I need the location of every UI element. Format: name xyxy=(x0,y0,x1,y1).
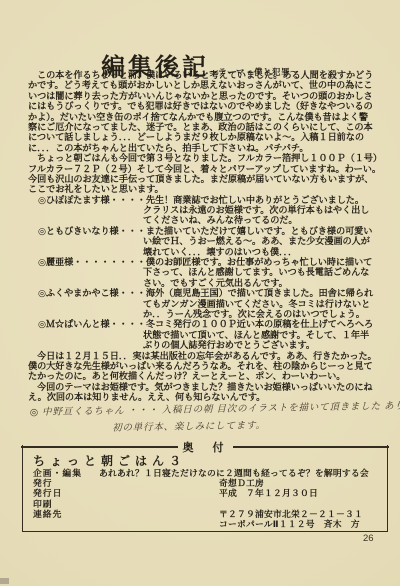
text-line: クラリスは永遠のお姫様です。次の単行本もはやく出し xyxy=(28,205,378,215)
text-line: てもガンガン漫画描いてください。冬コミは行けないと xyxy=(28,299,378,309)
text-line: 今日は１２月１５日．．実は某出版社の忘年会があるんです。ああ、行きたかった。 xyxy=(28,351,378,361)
text-line: ここでお礼をしたいと思います。 xyxy=(28,184,378,194)
text-line: ◎麗亜様・・・・・・・・僕のお師匠様です。お仕事がめっちゃ忙しい時に描いて xyxy=(28,257,378,267)
text-line: について話しましょう．．．どーしようまだ９枚しか原稿ないよ～。入稿１日前なの xyxy=(28,132,378,142)
page-number: 26 xyxy=(363,533,374,544)
text-line: この本を作るちょっと前、僕はいろいろと考えていました。ある人間を殺すかどう xyxy=(28,70,378,80)
text-line: たかったのに。あと何枚描くんだっけ？えーとえーと、ポン、わーいわーい。 xyxy=(28,371,378,381)
text-line: ぶりの個人誌発行おめでとうございます。 xyxy=(28,340,378,350)
text-line: 僕の大好きな先生様がいっぱい来るんだろうなあ。それを、柱の陰からじーっと見て xyxy=(28,361,378,371)
colophon-row: 発行日平成 ７年１２月３０日 xyxy=(23,486,387,496)
text-line: いつは闇に葬り去った方がいいんじゃないかと思ったのです。そいつの頭のおかしさ xyxy=(28,91,378,101)
text-line: に．．．この本がちゃんと出ていたら、拍手して下さいね。パチパチ。 xyxy=(28,143,378,153)
text-line: 察にご厄介になってました、迷子で。とまあ、政治の話はこのくらいにして、この本 xyxy=(28,122,378,132)
scan-artifact-speck xyxy=(0,578,9,584)
text-line: かよ）。だいたい空き缶のポイ捨てなんかでも腹立つのです。こんな僕も昔はよく警 xyxy=(28,112,378,122)
text-line: フルカラー７２Ｐ（２号）そして今回と、着々とパワーアップしていますね。わーい。 xyxy=(28,164,378,174)
text-line: ◎ひぽぽたます様・・・・先生！商業誌でお忙しい中ありがとうございました。 xyxy=(28,195,378,205)
text-line: かです。どう考えても頭がおかしいとしか思えないおっさんがいて、世の中の為にこ xyxy=(28,80,378,90)
colophon-legend-label: 奥 付 xyxy=(183,439,228,455)
text-line: にはもうびっくりです。でも犯罪は好きではないのでやめました（好きなやついるの xyxy=(28,101,378,111)
handwritten-line: 初の単行本、楽しみにしてます。 xyxy=(112,416,390,438)
text-line: 今回のテーマはお姫様です。気がつきました？描きたいお姫様いっぱいいたのにね xyxy=(28,382,378,392)
colophon-box: 奥 付 ちょっと朝ごはん３ 企画・編集あれあれ？１日寝ただけなのに２週間も経って… xyxy=(22,445,388,532)
text-line: ◎ふくやまかやこ様・・・海外（鹿児島王国）で描いて頂きました。田舎に帰られ xyxy=(28,288,378,298)
colophon-row: 連絡先〒２７９浦安市北栄２－２１－３１ xyxy=(23,507,387,517)
colophon-row: 発行奇想Ｄ工房 xyxy=(23,476,387,486)
text-line: 下さって、ほんと感謝してます。いつも長電話ごめんな xyxy=(28,267,378,277)
text-line: さい。でもすごく元気出るんです。 xyxy=(28,278,378,288)
colophon-row: 企画・編集あれあれ？１日寝ただけなのに２週間も経ってるぞ？を解明する会 xyxy=(23,466,387,476)
text-line: てくださいね、みんな待ってるのだ。 xyxy=(28,215,378,225)
text-line: ちょっと朝ごはんも今回で第３号となりました。フルカラー箔押し１００Ｐ（１号） xyxy=(28,153,378,163)
colophon-row: 印刷 xyxy=(23,497,387,507)
colophon-rows: 企画・編集あれあれ？１日寝ただけなのに２週間も経ってるぞ？を解明する会発行奇想Ｄ… xyxy=(23,466,387,527)
colophon-value: コーポパールⅡ１１２号 斉木 方 xyxy=(219,517,360,530)
text-line: か．．うーん残念です。次に会えるのはいつでしょう。 xyxy=(28,309,378,319)
legend-rule-right xyxy=(233,446,389,448)
text-line: 今回も沢山のお友達に手伝って頂きました。まだ原稿が届いていない方もいますが、 xyxy=(28,174,378,184)
handwritten-note: ◎ 中野亘くるちゃん ・・・ 入稿日の朝 目次のイラストを描いて頂きました あり… xyxy=(30,399,391,439)
text-line: ◎ともびきいなり様・・・また描いていただけて嬉しいです。ともびき様の可愛い xyxy=(28,226,378,236)
legend-rule-left xyxy=(21,446,177,448)
scanned-afterword-page: 編集後記～テーマ・僕と犯罪～ この本を作るちょっと前、僕はいろいろと考えていまし… xyxy=(0,0,400,586)
colophon-row: コーポパールⅡ１１２号 斉木 方 xyxy=(23,517,387,527)
text-line: 状態で描いて頂いて、ほんと感謝です。そして、１年半 xyxy=(28,330,378,340)
text-line: 壊れていく．．．壊すのはいつも僕．．． xyxy=(28,247,378,257)
text-line: ◎Ｍ☆ぱいんと様・・・・冬コミ発行の１００Ｐ近い本の原稿を仕上げてへろへろ xyxy=(28,319,378,329)
afterword-body-text: この本を作るちょっと前、僕はいろいろと考えていました。ある人間を殺すかどうかです… xyxy=(28,70,378,403)
text-line: い絵でＨ、うおー燃える～。ああ、また少女漫画の人が xyxy=(28,236,378,246)
